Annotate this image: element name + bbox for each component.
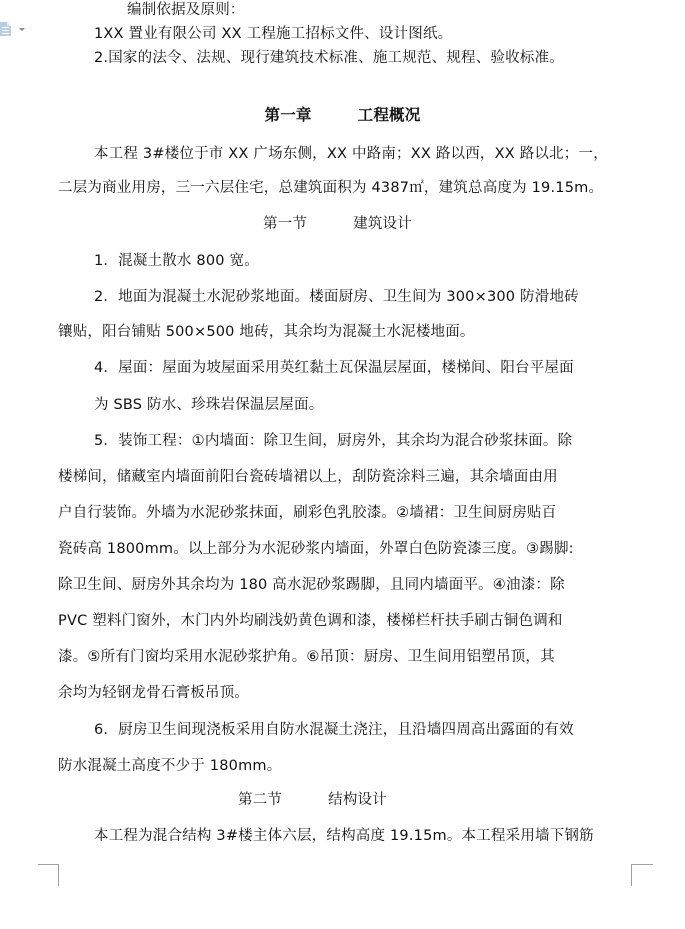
paste-options-icon[interactable]: [0, 22, 14, 38]
chapter-title: 工程概况: [358, 106, 421, 124]
basis-heading: 编制依据及原则：: [127, 0, 245, 20]
paragraph-line: 楼梯间，储藏室内墙面前阳台瓷砖墙裙以上，刮防瓷涂料三遍，其余墙面由用: [58, 467, 558, 487]
dropdown-caret-icon[interactable]: [19, 28, 25, 31]
paragraph-line: 二层为商业用房，三一六层住宅，总建筑面积为 4387㎡，建筑总高度为 19.15…: [58, 178, 603, 198]
paragraph-line: 为 SBS 防水、珍珠岩保温层屋面。: [94, 395, 323, 415]
paragraph-line: 镶贴，阳台铺贴 500×500 地砖，其余均为混凝土水泥楼地面。: [58, 322, 475, 342]
margin-corner-mark-right: [631, 864, 653, 886]
document-page: 编制依据及原则： 1XX 置业有限公司 XX 工程施工招标文件、设计图纸。 2.…: [0, 0, 685, 929]
section-heading: 第一节建筑设计: [0, 214, 680, 234]
page-fold: [7, 22, 11, 26]
paragraph-line: 1．混凝土散水 800 宽。: [94, 251, 259, 271]
icon-line: [2, 30, 9, 31]
basis-item: 1XX 置业有限公司 XX 工程施工招标文件、设计图纸。: [94, 24, 452, 44]
paragraph-line: 漆。⑤所有门窗均采用水泥砂浆护角。⑥吊顶：厨房、卫生间用铝塑吊顶，其: [58, 647, 555, 667]
paragraph-line: 6．厨房卫生间现浇板采用自防水混凝土浇注，且沿墙四周高出露面的有效: [94, 720, 574, 740]
section-heading: 第二节结构设计: [0, 790, 655, 810]
section-number: 第一节: [263, 216, 307, 232]
paragraph-line: 本工程为混合结构 3#楼主体六层，结构高度 19.15m。本工程采用墙下钢筋: [94, 826, 594, 846]
paragraph-line: PVC 塑料门窗外，木门内外均刷浅奶黄色调和漆，楼梯栏杆扶手刷古铜色调和: [58, 611, 563, 631]
paragraph-line: 瓷砖高 1800mm。以上部分为水泥砂浆内墙面，外罩白色防瓷漆三度。③踢脚:: [58, 539, 574, 559]
margin-corner-mark-left: [38, 864, 59, 886]
paragraph-line: 防水混凝土高度不少于 180mm。: [58, 756, 281, 776]
chapter-number: 第一章: [265, 106, 312, 124]
paragraph-line: 本工程 3#楼位于市 XX 广场东侧，XX 中路南；XX 路以西，XX 路以北；…: [94, 144, 608, 164]
section-title: 建筑设计: [353, 216, 412, 232]
paragraph-line: 户自行装饰。外墙为水泥砂浆抹面，刷彩色乳胶漆。②墙裙：卫生间厨房贴百: [58, 503, 556, 523]
icon-line: [2, 27, 9, 28]
section-number: 第二节: [238, 792, 282, 808]
section-title: 结构设计: [328, 792, 387, 808]
paragraph-line: 除卫生间、厨房外其余均为 180 高水泥砂浆踢脚，且同内墙面平。④油漆：除: [58, 575, 565, 595]
chapter-heading: 第一章工程概况: [0, 105, 685, 125]
icon-line: [2, 33, 9, 34]
paragraph-line: 2．地面为混凝土水泥砂浆地面。楼面厨房、卫生间为 300×300 防滑地砖: [94, 287, 579, 307]
basis-item: 2.国家的法令、法规、现行建筑技术标准、施工规范、规程、验收标准。: [94, 48, 564, 68]
paragraph-line: 余均为轻钢龙骨石膏板吊顶。: [58, 683, 249, 703]
paragraph-line: 4．屋面：屋面为坡屋面采用英红黏土瓦保温层屋面，楼梯间、阳台平屋面: [94, 358, 574, 378]
paragraph-line: 5．装饰工程：①内墙面：除卫生间，厨房外，其余均为混合砂浆抹面。除: [94, 431, 572, 451]
